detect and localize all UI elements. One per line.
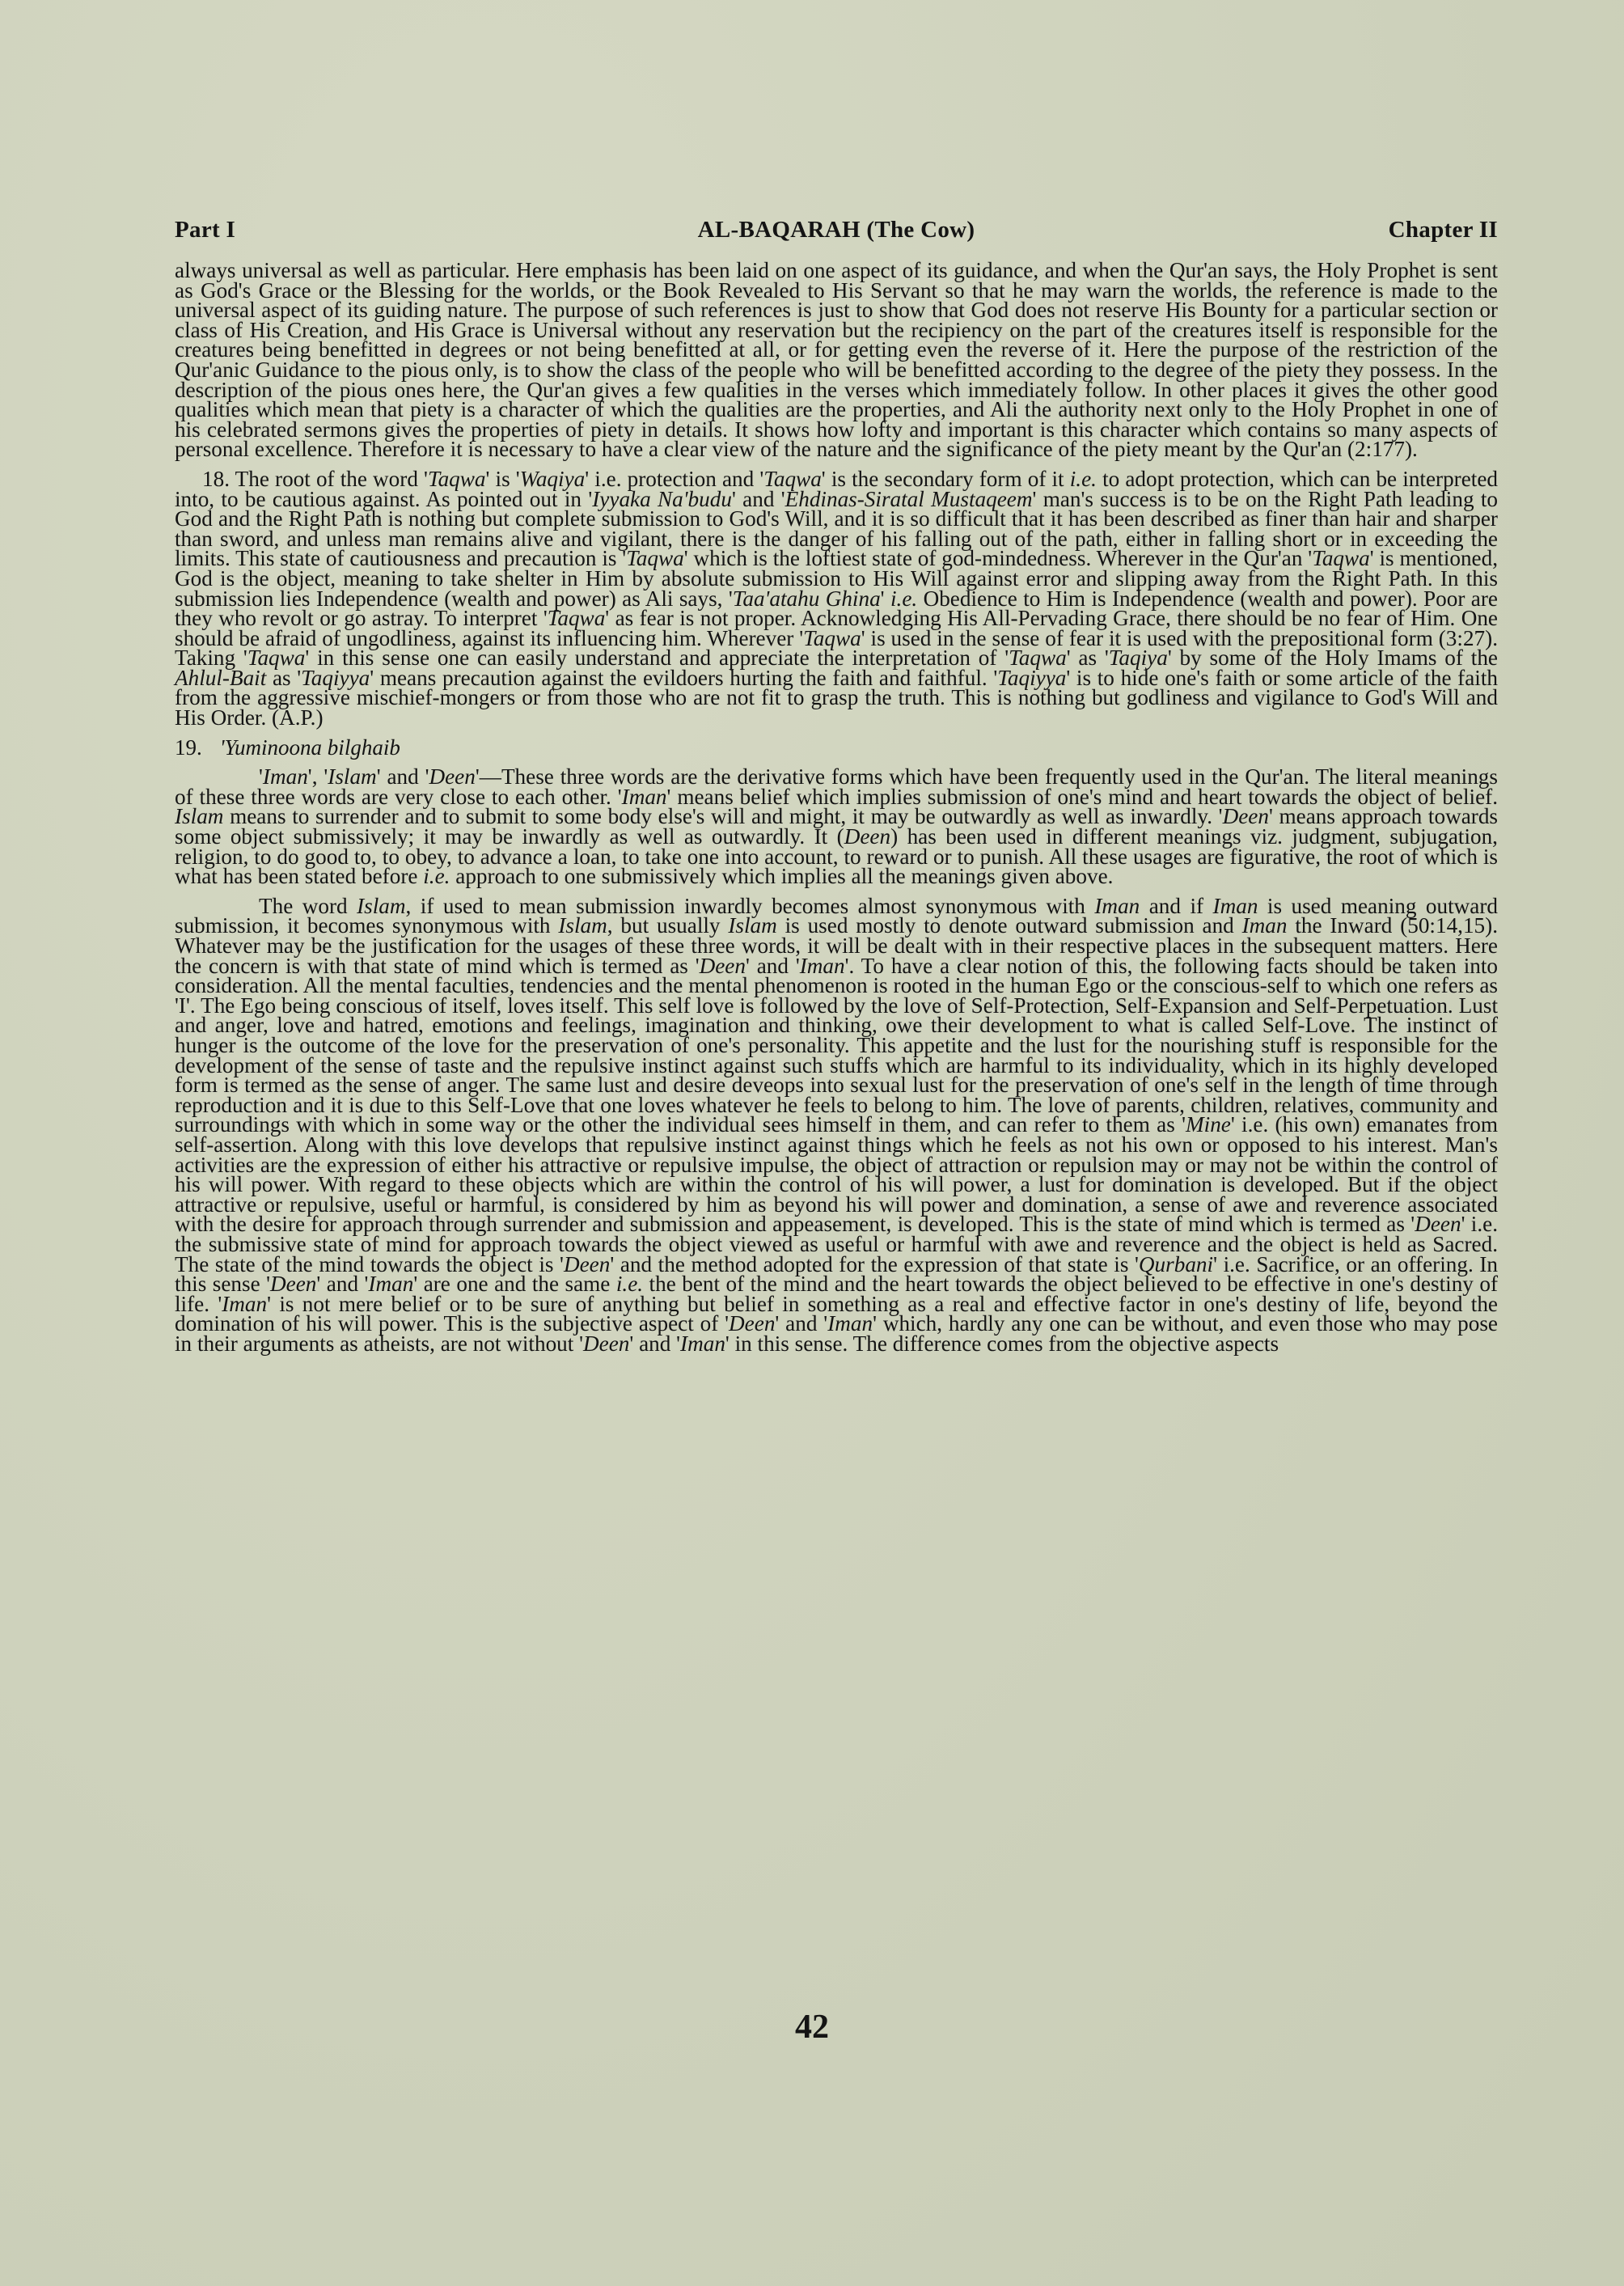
note-18-paragraph: 18. The root of the word 'Taqwa' is 'Waq… <box>175 469 1498 728</box>
italic-term: i.e. <box>423 864 450 888</box>
italic-term: Islam <box>328 764 376 789</box>
note-19-title: 'Yuminoona bilghaib <box>220 735 400 760</box>
italic-term: i.e. <box>616 1272 643 1296</box>
italic-term: Islam <box>175 804 223 828</box>
italic-term: Iman <box>222 1292 267 1316</box>
italic-term: Waqiya <box>520 467 586 491</box>
italic-term: Iman <box>1242 913 1288 938</box>
italic-term: Deen <box>844 824 890 849</box>
italic-term: Iman <box>263 764 308 789</box>
running-header: Part I AL-BAQARAH (The Cow) Chapter II <box>175 217 1498 259</box>
book-page: Part I AL-BAQARAH (The Cow) Chapter II a… <box>175 217 1498 1353</box>
italic-term: Deen <box>729 1311 775 1336</box>
italic-term: Taqwa <box>803 626 861 650</box>
italic-term: Iman <box>680 1331 725 1356</box>
italic-term: Deen <box>1223 804 1269 828</box>
italic-term: Taqiyya <box>301 666 370 690</box>
italic-term: i.e. <box>1070 467 1097 491</box>
header-surah-title: AL-BAQARAH (The Cow) <box>175 217 1498 243</box>
italic-term: Deen <box>583 1331 629 1356</box>
italic-term: Islam <box>728 913 776 938</box>
note-19-heading: 19.'Yuminoona bilghaib <box>175 738 1498 758</box>
italic-term: Islam <box>357 894 405 918</box>
italic-term: Iman <box>622 785 667 809</box>
italic-term: Deen <box>700 954 746 978</box>
italic-term: Taa'atahu Ghina <box>733 586 881 611</box>
italic-term: Iman <box>1094 894 1140 918</box>
italic-term: Taqwa <box>1312 546 1370 570</box>
italic-term: Iman <box>368 1272 413 1296</box>
italic-term: Deen <box>1415 1212 1461 1236</box>
italic-term: Ahlul-Bait <box>175 666 266 690</box>
note-18-text: The root of the word 'Taqwa' is 'Waqiya'… <box>175 467 1498 730</box>
page-number: 42 <box>0 2008 1624 2047</box>
paragraph-continuation: always universal as well as particular. … <box>175 260 1498 459</box>
italic-term: Islam <box>558 913 607 938</box>
note-19-paragraph-2: The word Islam, if used to mean submissi… <box>175 896 1498 1354</box>
italic-term: Mine <box>1186 1112 1231 1137</box>
italic-term: Iman <box>800 954 845 978</box>
note-19-paragraph-1: 'Iman', 'Islam' and 'Deen'—These three w… <box>175 767 1498 887</box>
italic-term: Deen <box>270 1272 316 1296</box>
italic-term: Deen <box>564 1252 610 1276</box>
italic-term: Taqiya <box>1109 646 1168 670</box>
italic-term: Taqwa <box>548 606 606 630</box>
italic-term: Taqwa <box>428 467 486 491</box>
italic-term: Qurbani <box>1139 1252 1213 1276</box>
italic-term: Iman <box>827 1311 873 1336</box>
header-part: Part I <box>175 217 235 243</box>
page-body: always universal as well as particular. … <box>175 260 1498 1353</box>
italic-term: Deen <box>429 764 475 789</box>
italic-term: Taqwa <box>626 546 684 570</box>
italic-term: Iyyaka Na'budu <box>592 487 732 511</box>
note-19-number: 19. <box>175 735 202 760</box>
italic-term: i.e. <box>890 586 917 611</box>
italic-term: Taqiyya <box>997 666 1066 690</box>
header-chapter: Chapter II <box>1389 217 1498 243</box>
italic-term: Ehdinas-Siratal Mustaqeem <box>785 487 1033 511</box>
